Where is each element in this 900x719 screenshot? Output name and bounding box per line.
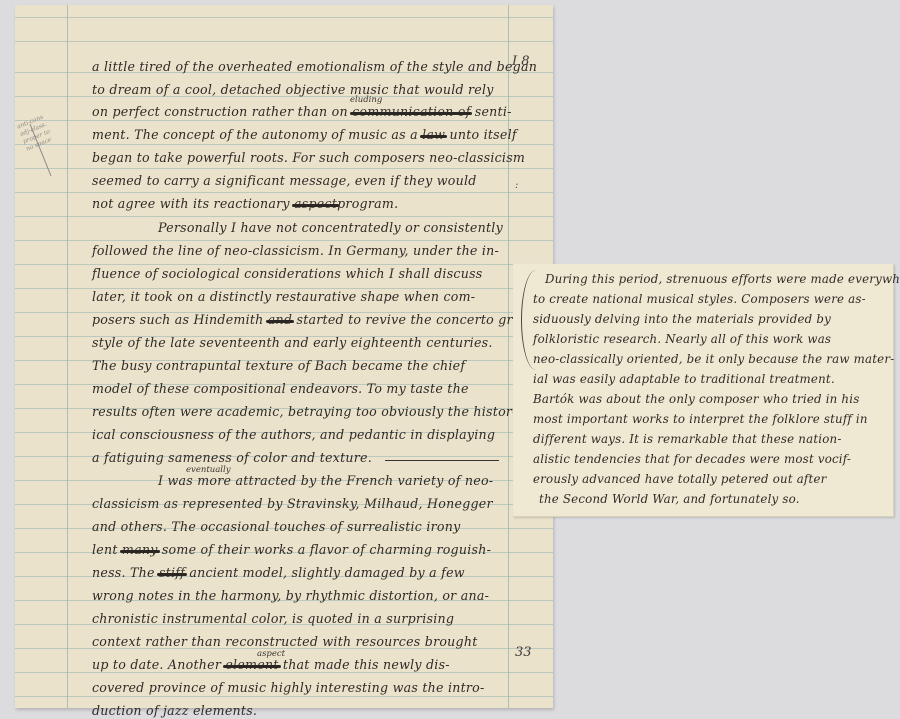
line-end-rule (385, 460, 499, 461)
manuscript-line: followed the line of neo-classicism. In … (92, 245, 499, 258)
manuscript-line: began to take powerful roots. For such c… (92, 152, 525, 165)
left-margin-rule (67, 5, 68, 708)
manuscript-line: posers such as Hindemith and started to … (92, 314, 542, 327)
slip-line: most important works to interpret the fo… (533, 414, 868, 426)
margin-colon: : (515, 180, 518, 191)
manuscript-line: ment. The concept of the autonomy of mus… (92, 129, 517, 142)
slip-line: neo-classically oriented, be it only bec… (533, 354, 894, 366)
inserted-word: eventually (186, 465, 231, 475)
struck-text: aspect (294, 198, 337, 211)
manuscript-line: The busy contrapuntal texture of Bach be… (92, 360, 465, 373)
manuscript-line: I was more attracted by the French varie… (158, 475, 493, 488)
pasted-insertion-slip: During this period, strenuous efforts we… (513, 264, 894, 517)
slip-line: alistic tendencies that for decades were… (533, 454, 851, 466)
slip-line: to create national musical styles. Compo… (533, 294, 866, 306)
slip-line: different ways. It is remarkable that th… (533, 434, 842, 446)
manuscript-line: context rather than reconstructed with r… (92, 636, 478, 649)
manuscript-line: covered province of music highly interes… (92, 682, 485, 695)
manuscript-line: model of these compositional endeavors. … (92, 383, 469, 396)
slip-line: erously advanced have totally petered ou… (533, 474, 826, 486)
manuscript-line: not agree with its reactionary aspectpro… (92, 198, 398, 211)
manuscript-line: later, it took on a distinctly restaurat… (92, 291, 475, 304)
manuscript-line: wrong notes in the harmony, by rhythmic … (92, 590, 489, 603)
struck-text: communication of (352, 106, 470, 119)
manuscript-line: a little tired of the overheated emotion… (92, 61, 537, 74)
inserted-word: eluding (350, 95, 382, 105)
page-marker-bottom: 33 (515, 645, 532, 660)
manuscript-line: to dream of a cool, detached objective m… (92, 84, 494, 97)
struck-text: stiff (159, 567, 185, 580)
manuscript-line: Personally I have not concentratedly or … (158, 222, 503, 235)
manuscript-line: a fatiguing sameness of color and textur… (92, 452, 372, 465)
slip-line: folkloristic research. Nearly all of thi… (533, 334, 831, 346)
slip-line: siduously delving into the materials pro… (533, 314, 831, 326)
manuscript-line: results often were academic, betraying t… (92, 406, 517, 419)
manuscript-line: up to date. Another element that made th… (92, 659, 450, 672)
manuscript-line: duction of jazz elements. (92, 705, 257, 718)
slip-line: ial was easily adaptable to traditional … (533, 374, 835, 386)
manuscript-line: fluence of sociological considerations w… (92, 268, 483, 281)
slip-line: Bartók was about the only composer who t… (533, 394, 859, 406)
manuscript-line: seemed to carry a significant message, e… (92, 175, 477, 188)
slip-line: During this period, strenuous efforts we… (545, 274, 900, 286)
manuscript-line: and others. The occasional touches of su… (92, 521, 460, 534)
struck-text: many (122, 544, 158, 557)
inserted-word: aspect (257, 649, 285, 659)
manuscript-line: style of the late seventeenth and early … (92, 337, 493, 350)
manuscript-line: ical consciousness of the authors, and p… (92, 429, 495, 442)
struck-text: and (268, 314, 292, 327)
manuscript-line: classicism as represented by Stravinsky,… (92, 498, 493, 511)
manuscript-line: lent many some of their works a flavor o… (92, 544, 491, 557)
manuscript-line: on perfect construction rather than on c… (92, 106, 512, 119)
manuscript-line: chronistic instrumental color, is quoted… (92, 613, 454, 626)
struck-text: element (225, 659, 278, 672)
manuscript-line: ness. The stiff ancient model, slightly … (92, 567, 465, 580)
slip-line: the Second World War, and fortunately so… (539, 494, 800, 506)
struck-text: law (422, 129, 445, 142)
